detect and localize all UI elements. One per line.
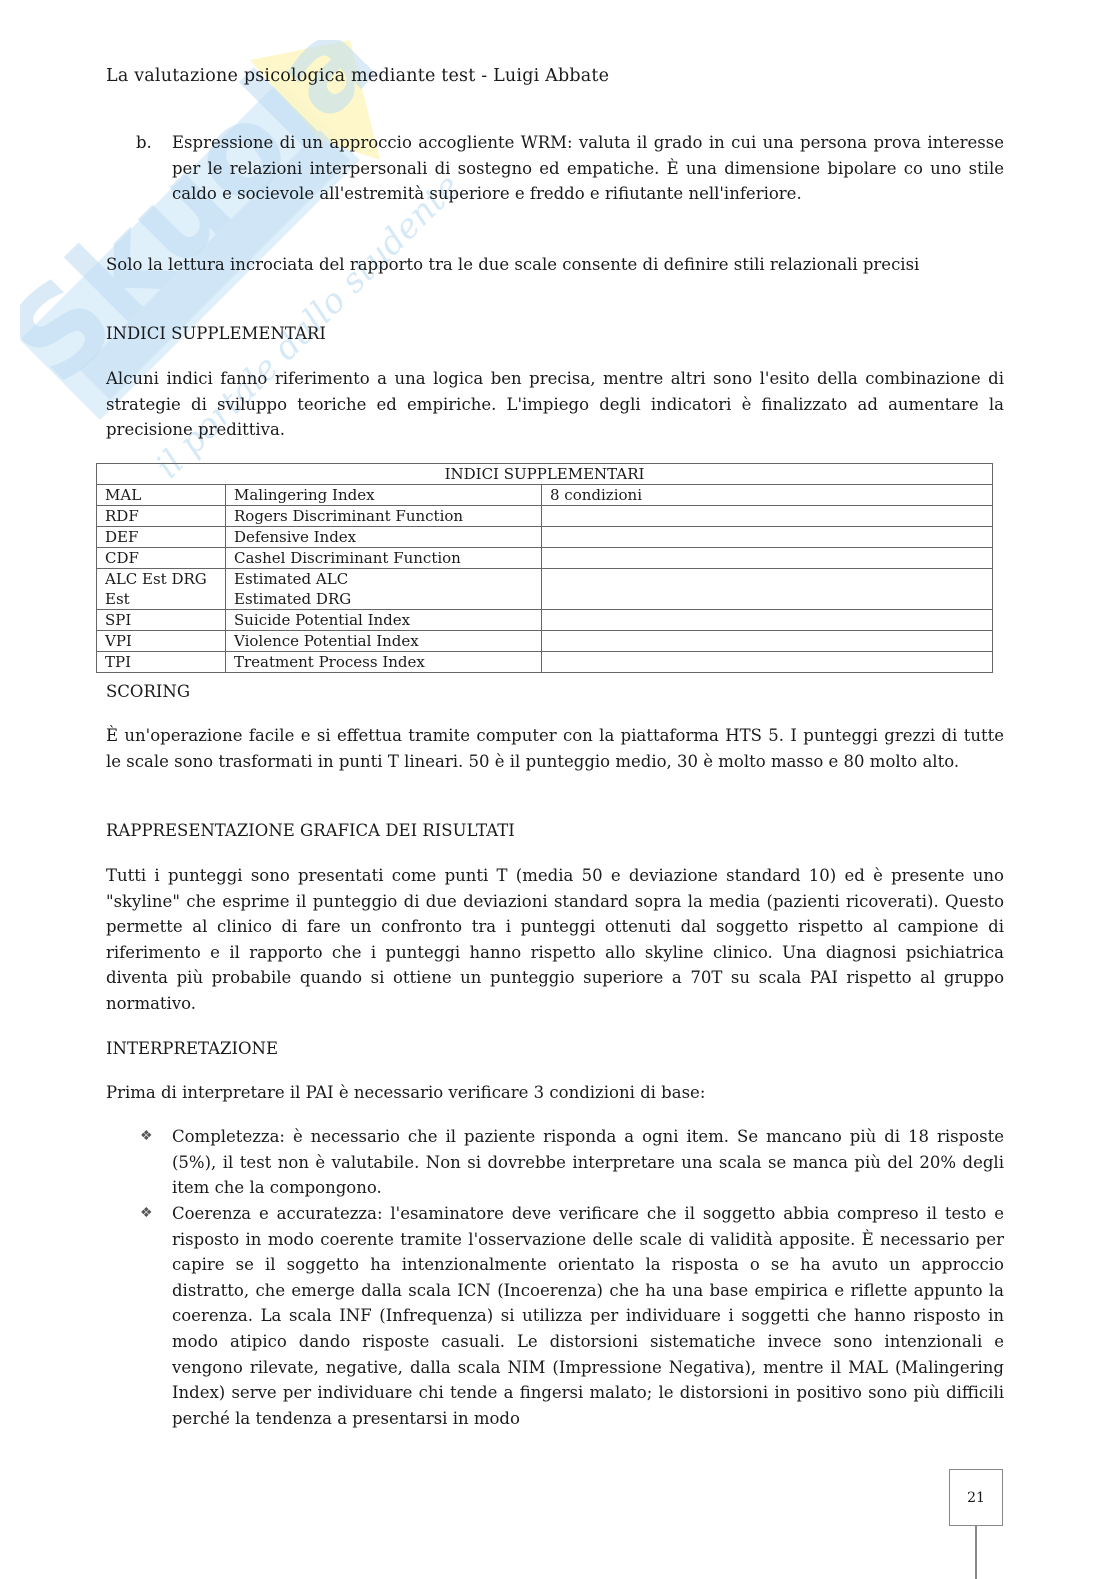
index-name-line: Estimated DRG — [234, 589, 533, 609]
document-page: La valutazione psicologica mediante test… — [0, 0, 1116, 1579]
table-row: DEF Defensive Index — [97, 527, 993, 548]
list-item-text: Espressione di un approccio accogliente … — [172, 130, 1004, 207]
index-note — [542, 527, 993, 548]
list-marker: b. — [136, 130, 152, 156]
index-name: Violence Potential Index — [226, 631, 542, 652]
paragraph-indici: Alcuni indici fanno riferimento a una lo… — [106, 366, 1004, 443]
diamond-bullet-icon: ❖ — [140, 1124, 153, 1150]
running-header: La valutazione psicologica mediante test… — [106, 66, 609, 86]
page-number-box: 21 — [949, 1469, 1003, 1526]
index-note — [542, 569, 993, 610]
index-note: 8 condizioni — [542, 485, 993, 506]
index-note — [542, 652, 993, 673]
index-name: Defensive Index — [226, 527, 542, 548]
list-item-b: b. Espressione di un approccio accoglien… — [136, 130, 1004, 207]
paragraph-lettura-incrociata: Solo la lettura incrociata del rapporto … — [106, 252, 1004, 278]
table-row: ALC Est DRG Est Estimated ALC Estimated … — [97, 569, 993, 610]
index-code: MAL — [97, 485, 226, 506]
table-row: CDF Cashel Discriminant Function — [97, 548, 993, 569]
index-code: RDF — [97, 506, 226, 527]
index-code-line: ALC Est DRG — [105, 569, 217, 589]
index-name: Treatment Process Index — [226, 652, 542, 673]
index-note — [542, 548, 993, 569]
index-note — [542, 610, 993, 631]
heading-indici-supplementari: INDICI SUPPLEMENTARI — [106, 321, 326, 346]
bullet-text: Coerenza e accuratezza: l'esaminatore de… — [172, 1201, 1004, 1431]
index-name: Cashel Discriminant Function — [226, 548, 542, 569]
table-row: RDF Rogers Discriminant Function — [97, 506, 993, 527]
heading-scoring: SCORING — [106, 679, 190, 704]
bullet-text: Completezza: è necessario che il pazient… — [172, 1124, 1004, 1201]
paragraph-rappresentazione: Tutti i punteggi sono presentati come pu… — [106, 863, 1004, 1017]
index-name-line: Estimated ALC — [234, 569, 533, 589]
indici-supplementari-table: INDICI SUPPLEMENTARI MAL Malingering Ind… — [96, 463, 993, 673]
bullet-completezza: ❖ Completezza: è necessario che il pazie… — [140, 1124, 1004, 1201]
paragraph-scoring: È un'operazione facile e si effettua tra… — [106, 723, 1004, 774]
index-name: Suicide Potential Index — [226, 610, 542, 631]
index-note — [542, 631, 993, 652]
bullet-coerenza: ❖ Coerenza e accuratezza: l'esaminatore … — [140, 1201, 1004, 1431]
table-title: INDICI SUPPLEMENTARI — [97, 464, 993, 485]
index-code-line: Est — [105, 589, 217, 609]
index-note — [542, 506, 993, 527]
index-name: Rogers Discriminant Function — [226, 506, 542, 527]
page-number: 21 — [967, 1490, 985, 1506]
index-code: CDF — [97, 548, 226, 569]
index-name: Malingering Index — [226, 485, 542, 506]
table-row: TPI Treatment Process Index — [97, 652, 993, 673]
index-code: VPI — [97, 631, 226, 652]
index-code: DEF — [97, 527, 226, 548]
table-row: VPI Violence Potential Index — [97, 631, 993, 652]
table-row: MAL Malingering Index 8 condizioni — [97, 485, 993, 506]
index-code: ALC Est DRG Est — [97, 569, 226, 610]
diamond-bullet-icon: ❖ — [140, 1201, 153, 1227]
index-name: Estimated ALC Estimated DRG — [226, 569, 542, 610]
index-code: SPI — [97, 610, 226, 631]
index-code: TPI — [97, 652, 226, 673]
page-number-stem — [975, 1526, 977, 1579]
table-row: SPI Suicide Potential Index — [97, 610, 993, 631]
heading-rappresentazione-grafica: RAPPRESENTAZIONE GRAFICA DEI RISULTATI — [106, 818, 515, 843]
table-title-row: INDICI SUPPLEMENTARI — [97, 464, 993, 485]
paragraph-interpretazione: Prima di interpretare il PAI è necessari… — [106, 1080, 1004, 1106]
heading-interpretazione: INTERPRETAZIONE — [106, 1036, 278, 1061]
